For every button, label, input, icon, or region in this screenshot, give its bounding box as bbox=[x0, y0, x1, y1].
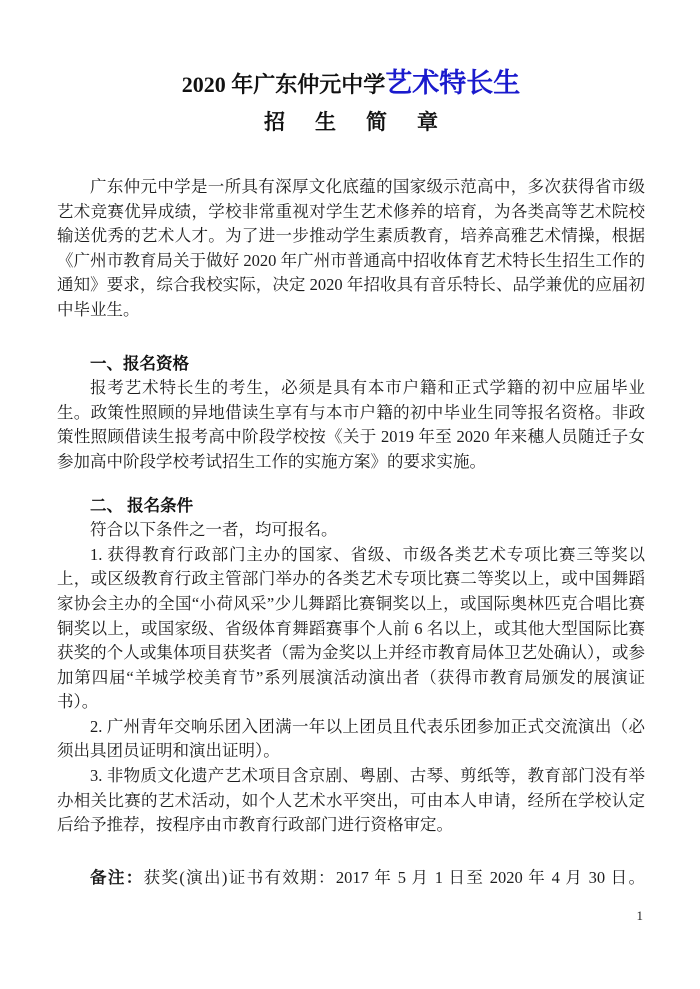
section-2-item-2: 2. 广州青年交响乐团入团满一年以上团员且代表乐团参加正式交流演出（必须出具团员… bbox=[57, 715, 645, 764]
section-2-item-1: 1. 获得教育行政部门主办的国家、省级、市级各类艺术专项比赛三等奖以上，或区级教… bbox=[57, 543, 645, 715]
note-line: 备注：获奖(演出)证书有效期：2017 年 5 月 1 日至 2020 年 4 … bbox=[57, 866, 645, 891]
page-number: 1 bbox=[637, 908, 644, 924]
intro-paragraph: 广东仲元中学是一所具有深厚文化底蕴的国家级示范高中，多次获得省市级艺术竞赛优异成… bbox=[57, 175, 645, 323]
page-title: 2020 年广东仲元中学艺术特长生 bbox=[57, 64, 645, 102]
document-content: 2020 年广东仲元中学艺术特长生 招生简章 广东仲元中学是一所具有深厚文化底蕴… bbox=[0, 0, 700, 890]
note-text: 获奖(演出)证书有效期：2017 年 5 月 1 日至 2020 年 4 月 3… bbox=[144, 868, 645, 887]
section-2-paragraph-intro: 符合以下条件之一者，均可报名。 bbox=[57, 518, 645, 543]
note-label: 备注： bbox=[90, 868, 144, 887]
section-1-paragraph: 报考艺术特长生的考生，必须是具有本市户籍和正式学籍的初中应届毕业生。政策性照顾的… bbox=[57, 376, 645, 474]
title-prefix: 2020 年广东仲元中学 bbox=[182, 72, 386, 97]
page-subtitle: 招生简章 bbox=[57, 107, 645, 137]
section-1-heading: 一、报名资格 bbox=[57, 352, 645, 377]
document-page: 2020 年广东仲元中学艺术特长生 招生简章 广东仲元中学是一所具有深厚文化底蕴… bbox=[0, 0, 700, 989]
section-2-item-3: 3. 非物质文化遗产艺术项目含京剧、粤剧、古琴、剪纸等，教育部门没有举办相关比赛… bbox=[57, 764, 645, 838]
section-2-heading: 二、 报名条件 bbox=[57, 494, 645, 519]
title-highlight: 艺术特长生 bbox=[385, 68, 520, 98]
